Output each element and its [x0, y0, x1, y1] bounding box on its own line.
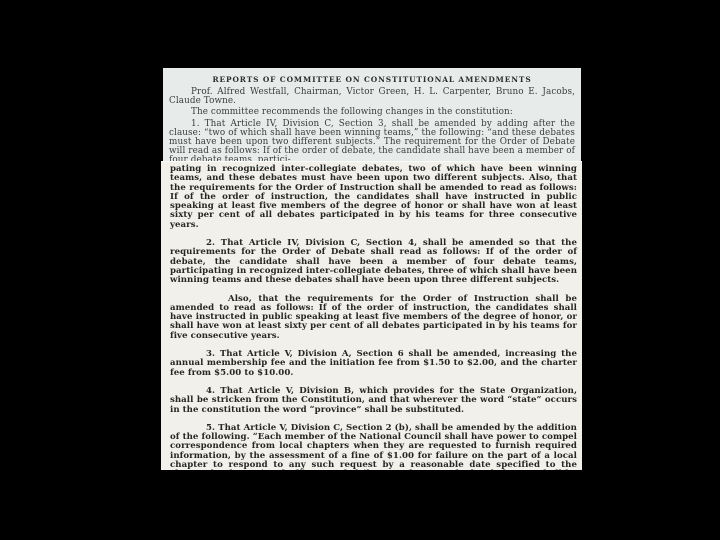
- amendment-4: 4. That Article V, Division B, which pro…: [170, 387, 577, 415]
- upper-scan-excerpt: REPORTS OF COMMITTEE ON CONSTITUTIONAL A…: [163, 68, 581, 161]
- intro-paragraph: The committee recommends the following c…: [169, 108, 575, 117]
- amendment-3: 3. That Article V, Division A, Section 6…: [170, 350, 577, 378]
- document-heading: REPORTS OF COMMITTEE ON CONSTITUTIONAL A…: [169, 75, 575, 84]
- amendment-1-part-2: pating in recognized inter-collegiate de…: [170, 165, 577, 230]
- amendment-1-part-1: 1. That Article IV, Division C, Section …: [169, 120, 575, 161]
- lower-scan-excerpt: pating in recognized inter-collegiate de…: [161, 161, 582, 470]
- amendment-2-also: Also, that the requirements for the Orde…: [170, 295, 577, 341]
- amendment-2: 2. That Article IV, Division C, Section …: [170, 239, 577, 285]
- slide: REPORTS OF COMMITTEE ON CONSTITUTIONAL A…: [0, 0, 720, 540]
- committee-members: Prof. Alfred Westfall, Chairman, Victor …: [169, 88, 575, 106]
- amendment-5: 5. That Article V, Division C, Section 2…: [170, 424, 577, 470]
